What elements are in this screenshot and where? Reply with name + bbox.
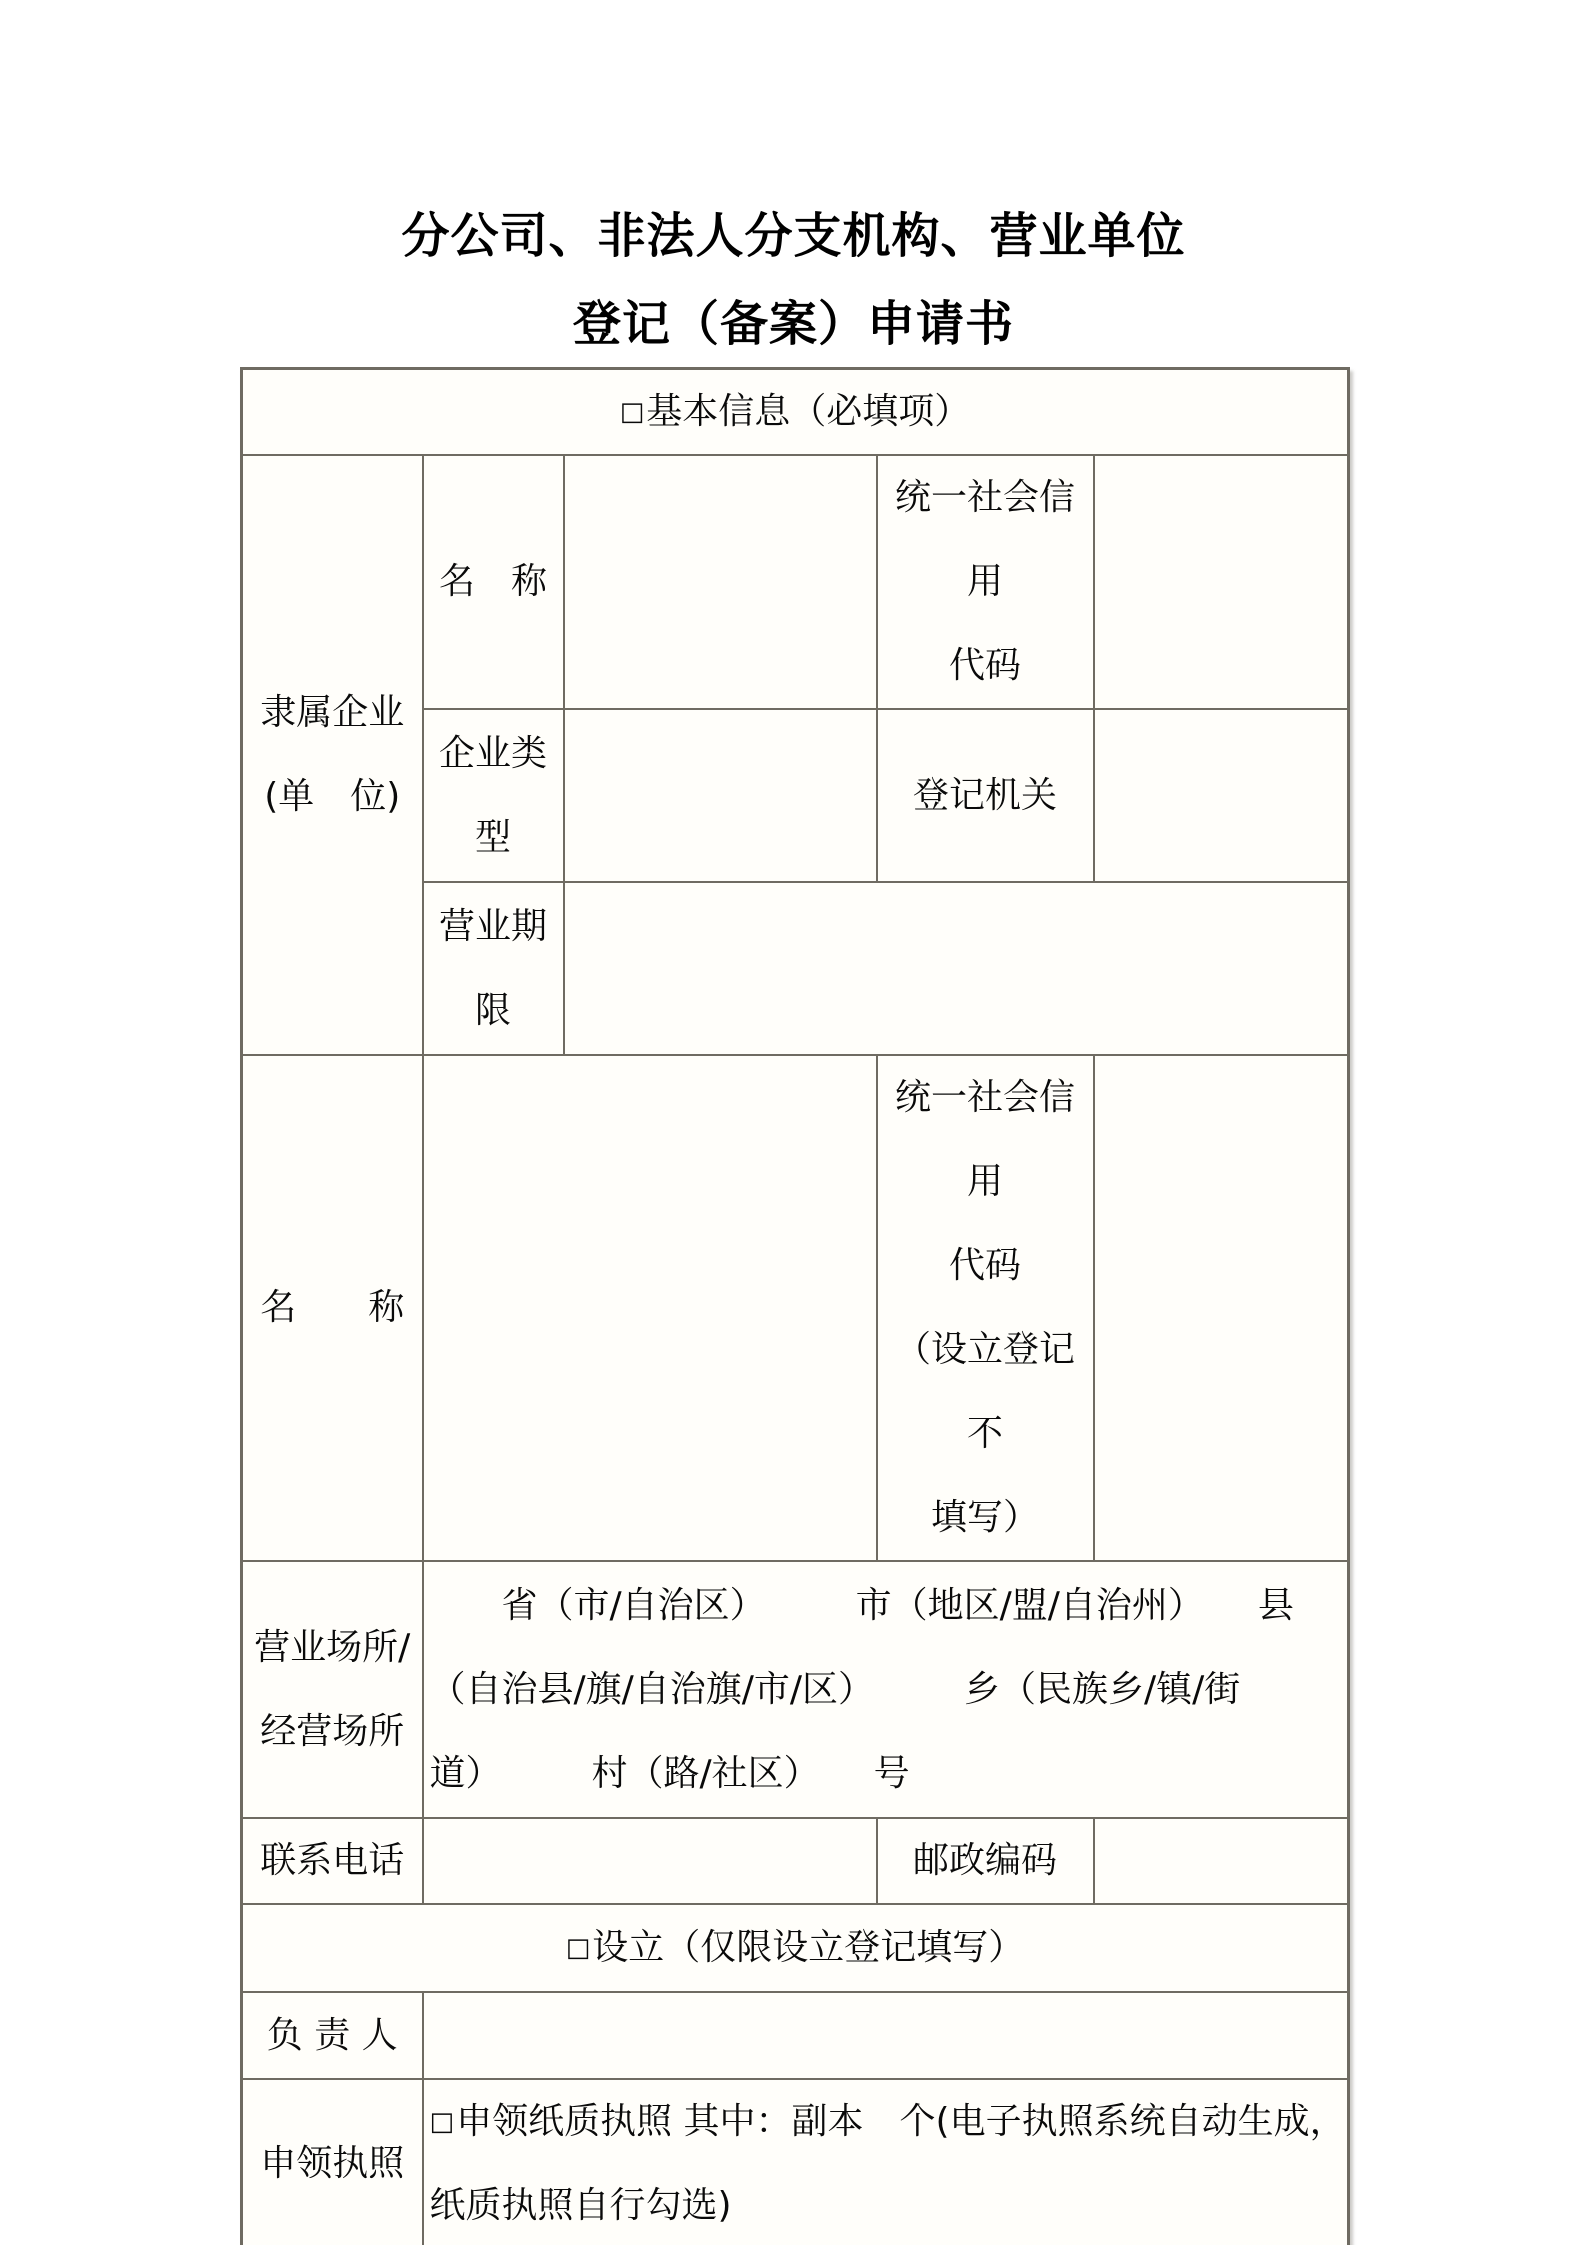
phone-value[interactable] [423,1818,877,1904]
affiliation-enterprise-label: 隶属企业 (单 位) [242,455,423,1055]
premises-value[interactable]: 省（市/自治区） 市（地区/盟/自治州） 县 （自治县/旗/自治旗/市/区） 乡… [423,1561,1349,1818]
license-label: 申领执照 [242,2079,423,2245]
document-title: 分公司、非法人分支机构、营业单位 登记（备案）申请书 [0,192,1587,368]
affiliation-name-label: 名 称 [423,455,564,709]
premises-label: 营业场所/ 经营场所 [242,1561,423,1818]
postcode-value[interactable] [1094,1818,1349,1904]
phone-label: 联系电话 [242,1818,423,1904]
affiliation-name-value[interactable] [564,455,877,709]
affiliation-credit-code-value[interactable] [1094,455,1349,709]
principal-value[interactable] [423,1992,1349,2079]
registration-form-table: □基本信息（必填项） 隶属企业 (单 位) 名 称 统一社会信用 代码 企业类 … [240,367,1350,2245]
affiliation-credit-code-label: 统一社会信用 代码 [877,455,1094,709]
title-line-1: 分公司、非法人分支机构、营业单位 [0,192,1587,280]
license-line-2: 纸质执照自行勾选) [430,2164,1342,2245]
registration-authority-label: 登记机关 [877,709,1094,882]
branch-credit-code-label: 统一社会信用 代码 （设立登记不 填写） [877,1055,1094,1561]
business-term-value[interactable] [564,882,1349,1055]
license-line-1-text: 申领纸质执照 其中：副本 个(电子执照系统自动生成， [456,2101,1346,2142]
enterprise-type-value[interactable] [564,709,877,882]
paper-license-checkbox[interactable]: □ [430,2107,455,2137]
basic-info-header-label: 基本信息（必填项） [646,391,970,432]
section-header-setup: □设立（仅限设立登记填写） [242,1904,1349,1992]
license-options-cell: □申领纸质执照 其中：副本 个(电子执照系统自动生成， 纸质执照自行勾选) [423,2079,1349,2245]
branch-name-value[interactable] [423,1055,877,1561]
postcode-label: 邮政编码 [877,1818,1094,1904]
branch-name-label: 名 称 [242,1055,423,1561]
setup-checkbox[interactable]: □ [566,1933,591,1963]
business-term-label: 营业期 限 [423,882,564,1055]
enterprise-type-label: 企业类 型 [423,709,564,882]
basic-info-checkbox[interactable]: □ [620,397,645,427]
branch-credit-code-value[interactable] [1094,1055,1349,1561]
registration-authority-value[interactable] [1094,709,1349,882]
section-header-basic-info: □基本信息（必填项） [242,369,1349,456]
principal-label: 负 责 人 [242,1992,423,2079]
license-line-1: □申领纸质执照 其中：副本 个(电子执照系统自动生成， [430,2080,1342,2164]
title-line-2: 登记（备案）申请书 [0,280,1587,368]
setup-header-label: 设立（仅限设立登记填写） [592,1927,1024,1968]
